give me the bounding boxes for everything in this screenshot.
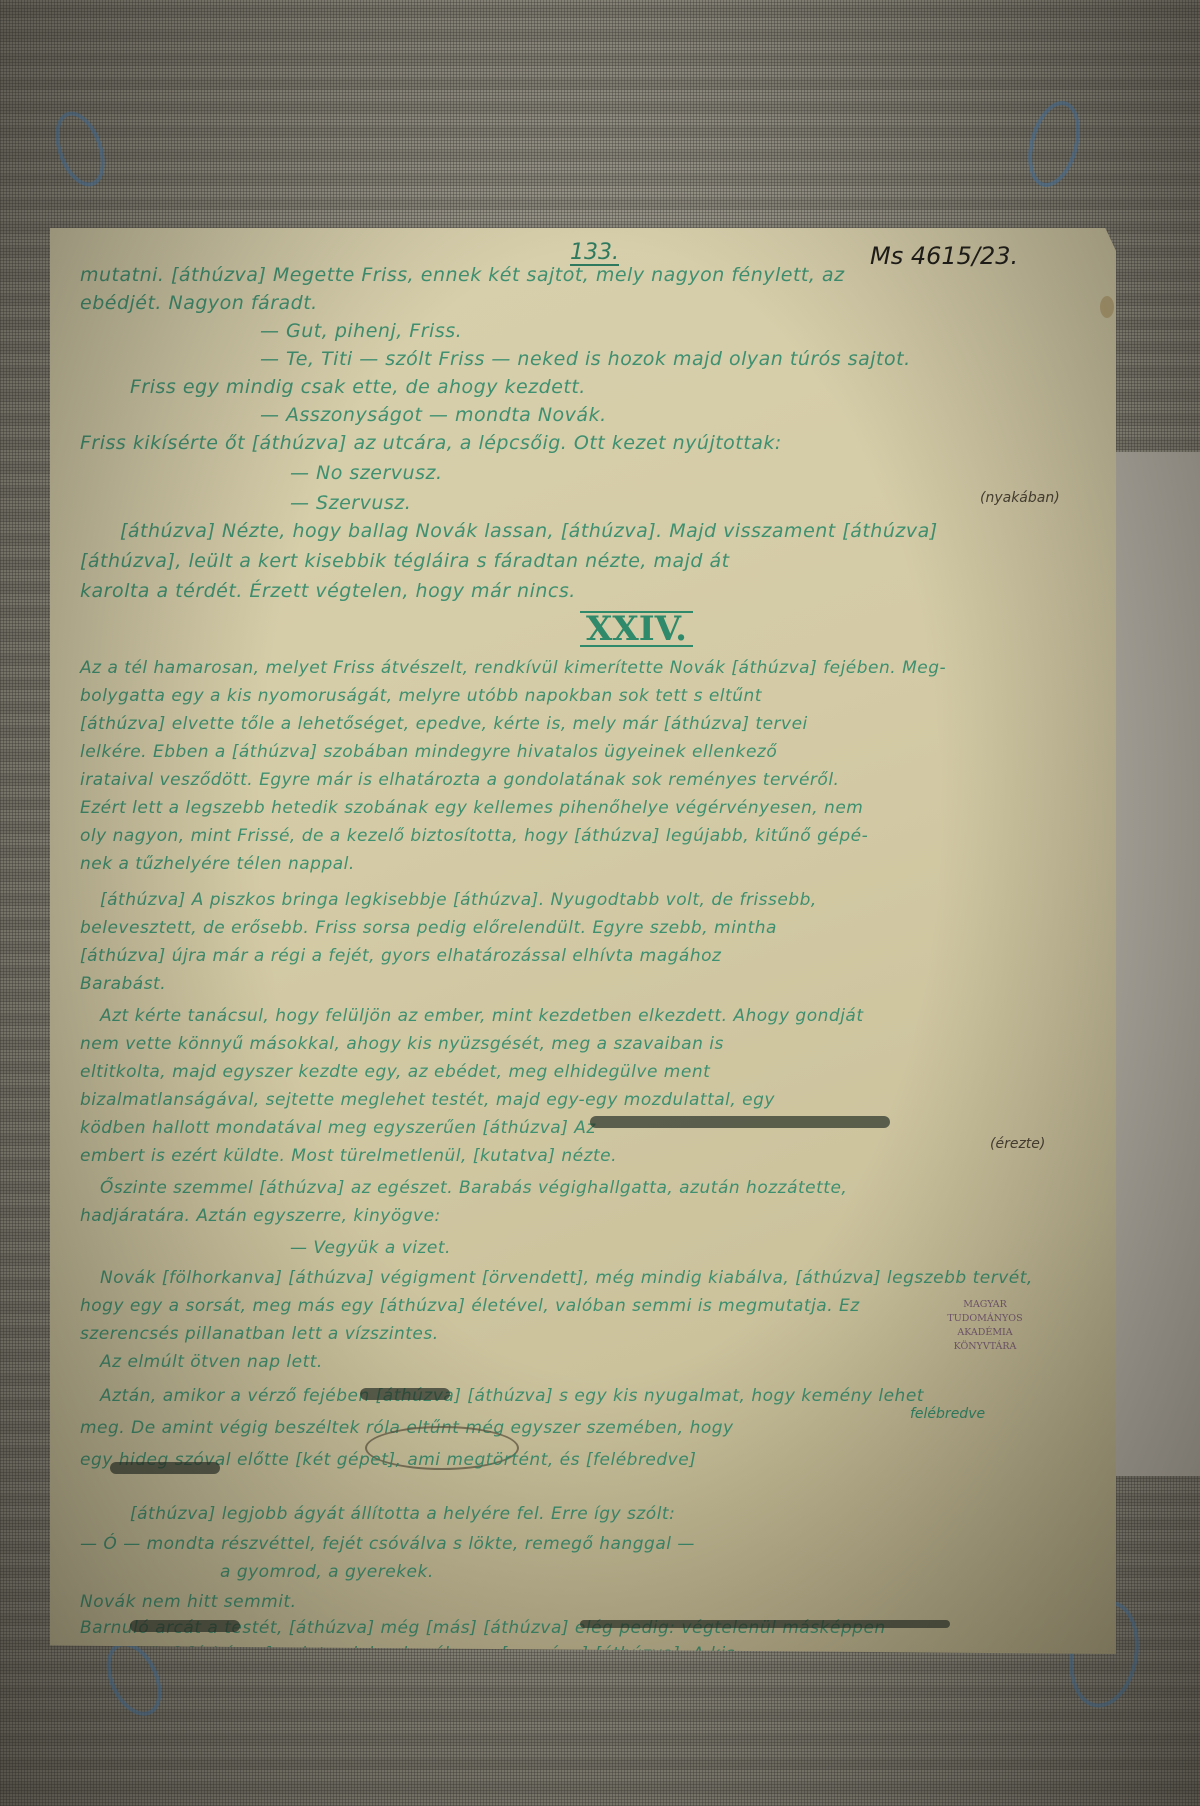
stamp-line: MAGYAR xyxy=(920,1298,1050,1312)
margin-note: felébredve xyxy=(910,1406,985,1422)
backing-sheet xyxy=(1108,452,1200,1476)
text-line: szerencsés pillanatban lett a vízszintes… xyxy=(80,1324,439,1344)
text-line: Az a tél hamarosan, melyet Friss átvésze… xyxy=(80,658,946,678)
text-line: oly nagyon, mint Frissé, de a kezelő biz… xyxy=(80,826,868,846)
margin-note: (érezte) xyxy=(990,1136,1045,1152)
text-line: [áthúzva] A piszkos bringa legkisebbje [… xyxy=(100,890,817,910)
text-line: [áthúzva] újra már a régi a fejét, gyors… xyxy=(80,946,721,966)
text-line: [áthúzva] legjobb ágyát állította a hely… xyxy=(130,1504,675,1524)
text-line: Aztán, amikor a vérző fejében [áthúzva] … xyxy=(100,1386,924,1406)
text-line: mutatni. [áthúzva] Megette Friss, ennek … xyxy=(80,264,845,286)
text-line: bolygatta egy a kis nyomoruságát, melyre… xyxy=(80,686,762,706)
text-line: — Vegyük a vizet. xyxy=(290,1238,451,1258)
text-line: — Ó — mondta részvéttel, fejét csóválva … xyxy=(80,1534,695,1554)
text-line: — No szervusz. xyxy=(290,462,443,484)
strikethrough xyxy=(590,1116,890,1128)
text-line: ködben hallott mondatával meg egyszerűen… xyxy=(80,1118,596,1138)
text-line: — Gut, pihenj, Friss. xyxy=(260,320,462,342)
text-line: ebédjét. Nagyon fáradt. xyxy=(80,292,318,314)
text-line: irataival vesződött. Egyre már is elhatá… xyxy=(80,770,839,790)
strikethrough xyxy=(580,1620,950,1628)
text-line: Friss kikísérte őt [áthúzva] az utcára, … xyxy=(80,432,782,454)
text-line: [áthúzva] Nézte, hogy ballag Novák lassa… xyxy=(120,520,938,542)
library-stamp: MAGYAR TUDOMÁNYOS AKADÉMIA KÖNYVTÁRA xyxy=(920,1298,1050,1354)
manuscript-page: 133. Ms 4615/23. mutatni. [áthúzva] Mege… xyxy=(50,228,1116,1654)
blue-pencil-mark-bottom-left xyxy=(96,1634,172,1725)
text-line: nem vette könnyű másokkal, ahogy kis nyü… xyxy=(80,1034,724,1054)
text-line: bizalmatlanságával, sejtette meglehet te… xyxy=(80,1090,775,1110)
text-line: embert is ezért küldte. Most türelmetlen… xyxy=(80,1146,617,1166)
strikethrough xyxy=(110,1462,220,1474)
chapter-heading: XXIV. xyxy=(580,611,693,647)
stamp-line: KÖNYVTÁRA xyxy=(920,1340,1050,1354)
text-line: Barabást. xyxy=(80,974,166,994)
shelfmark: Ms 4615/23. xyxy=(870,242,1018,270)
ink-stain xyxy=(1100,296,1114,318)
text-line: lelkére. Ebben a [áthúzva] szobában mind… xyxy=(80,742,777,762)
text-line: hadjáratára. Aztán egyszerre, kinyögve: xyxy=(80,1206,441,1226)
text-line: belevesztett, de erősebb. Friss sorsa pe… xyxy=(80,918,777,938)
text-line: a gyomrod, a gyerekek. xyxy=(220,1562,434,1582)
blue-pencil-mark-top-left xyxy=(46,105,114,193)
text-line: karolta a térdét. Érzett végtelen, hogy … xyxy=(80,580,576,602)
text-line: — Szervusz. xyxy=(290,492,411,514)
text-line: eltitkolta, majd egyszer kezdte egy, az … xyxy=(80,1062,710,1082)
text-line: Novák nem hitt semmit. xyxy=(80,1592,297,1612)
text-line: — Te, Titi — szólt Friss — neked is hozo… xyxy=(260,348,911,370)
text-line: Őszinte szemmel [áthúzva] az egészet. Ba… xyxy=(100,1178,847,1198)
text-line: Az elmúlt ötven nap lett. xyxy=(100,1352,323,1372)
margin-note: (nyakában) xyxy=(980,490,1060,506)
text-line: [áthúzva] elvette tőle a lehetőséget, ep… xyxy=(80,714,808,734)
blue-pencil-mark-top-right xyxy=(1019,95,1088,192)
strikethrough xyxy=(360,1388,450,1400)
text-line: [napsütött] [áthúzva], mint valaha, kezé… xyxy=(80,1644,735,1664)
page-number: 133. xyxy=(570,242,619,266)
text-line: Friss egy mindig csak ette, de ahogy kez… xyxy=(130,376,586,398)
text-line: [áthúzva], leült a kert kisebbik tégláir… xyxy=(80,550,730,572)
text-line: — Asszonyságot — mondta Novák. xyxy=(260,404,607,426)
text-line: Novák [fölhorkanva] [áthúzva] végigment … xyxy=(100,1268,1033,1288)
text-line: nek a tűzhelyére télen nappal. xyxy=(80,854,355,874)
text-line: Azt kérte tanácsul, hogy felüljön az emb… xyxy=(100,1006,864,1026)
strikethrough xyxy=(130,1620,240,1632)
text-line: hogy egy a sorsát, meg más egy [áthúzva]… xyxy=(80,1296,860,1316)
text-line: Ezért lett a legszebb hetedik szobának e… xyxy=(80,798,863,818)
stamp-line: TUDOMÁNYOS AKADÉMIA xyxy=(920,1312,1050,1340)
